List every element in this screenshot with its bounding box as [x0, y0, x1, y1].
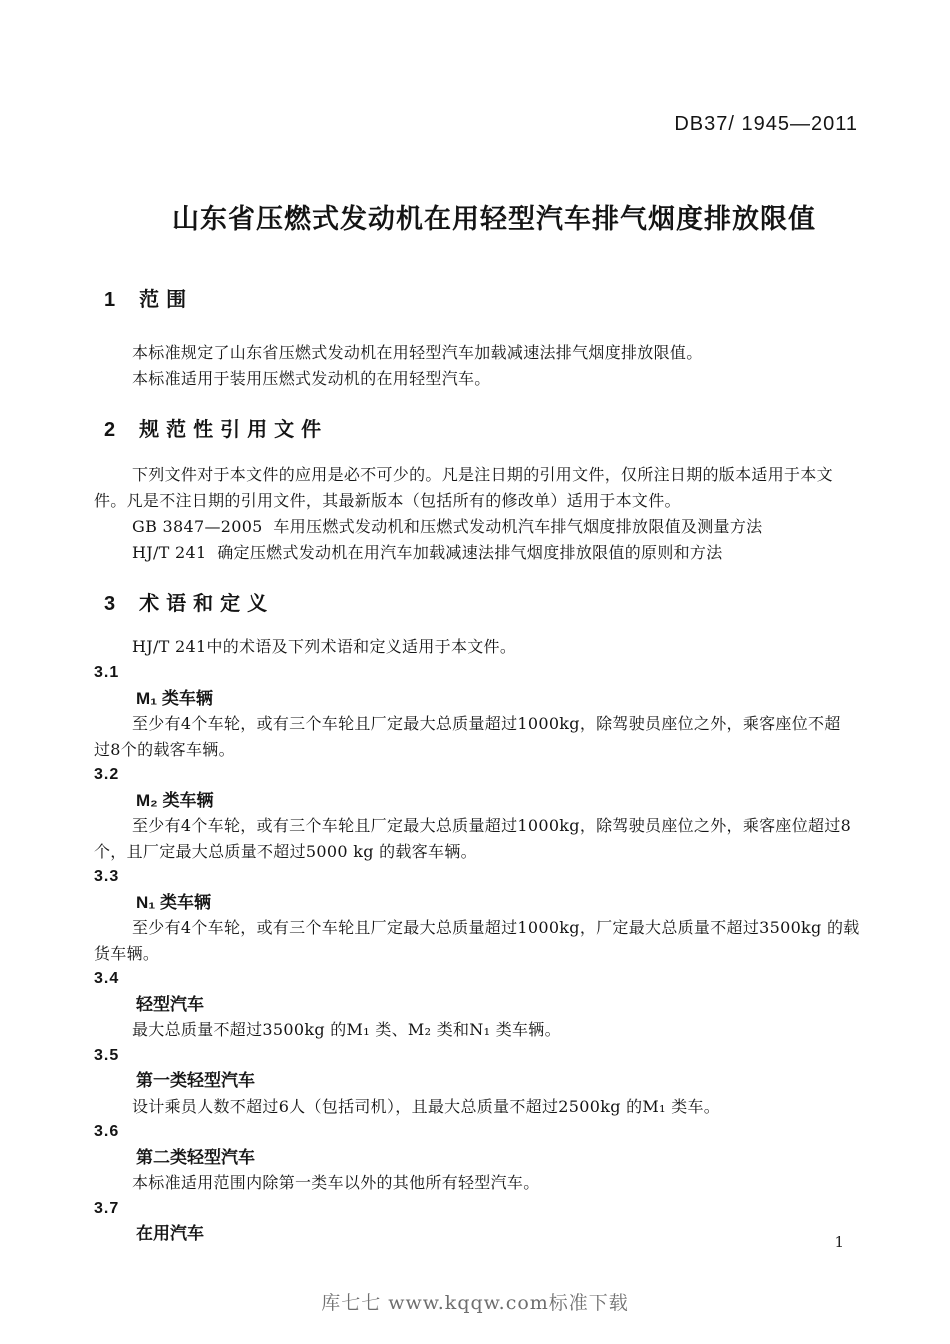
document-page: DB37/ 1945—2011 山东省压燃式发动机在用轻型汽车排气烟度排放限值 … — [0, 0, 950, 1344]
page-content: DB37/ 1945—2011 山东省压燃式发动机在用轻型汽车排气烟度排放限值 … — [0, 0, 950, 1247]
standard-number: DB37/ 1945—2011 — [94, 112, 894, 136]
term-item: 3.2 M₂ 类车辆 至少有4个车轮，或有三个车轮且厂定最大总质量超过1000k… — [94, 762, 894, 864]
term-item: 3.3 N₁ 类车辆 至少有4个车轮，或有三个车轮且厂定最大总质量超过1000k… — [94, 864, 894, 966]
reference-item-2: HJ/T 241 确定压燃式发动机在用汽车加载减速法排气烟度排放限值的原则和方法 — [94, 540, 894, 566]
term-name: 轻型汽车 — [94, 992, 894, 1018]
term-number: 3.4 — [94, 966, 894, 992]
term-number: 3.3 — [94, 864, 894, 890]
term-number: 3.1 — [94, 660, 894, 686]
section-3-title: 术语和定义 — [139, 593, 274, 615]
section-3-number: 3 — [104, 593, 115, 615]
term-name: 第二类轻型汽车 — [94, 1145, 894, 1171]
section-2-number: 2 — [104, 419, 115, 441]
term-name: M₂ 类车辆 — [94, 788, 894, 814]
section-2-heading: 2规范性引用文件 — [104, 416, 894, 444]
term-name: 在用汽车 — [94, 1221, 894, 1247]
section-1-heading: 1范围 — [104, 286, 894, 314]
term-definition: 设计乘员人数不超过6人（包括司机），且最大总质量不超过2500kg 的M₁ 类车… — [94, 1094, 894, 1120]
term-item: 3.7 在用汽车 — [94, 1196, 894, 1247]
term-definition: 最大总质量不超过3500kg 的M₁ 类、M₂ 类和N₁ 类车辆。 — [94, 1017, 894, 1043]
term-name: N₁ 类车辆 — [94, 890, 894, 916]
document-title: 山东省压燃式发动机在用轻型汽车排气烟度排放限值 — [94, 200, 894, 238]
section-1-title: 范围 — [139, 289, 193, 311]
section-2-title: 规范性引用文件 — [139, 419, 328, 441]
term-definition: 至少有4个车轮，或有三个车轮且厂定最大总质量超过1000kg，厂定最大总质量不超… — [94, 915, 894, 966]
term-name: 第一类轻型汽车 — [94, 1068, 894, 1094]
section-1-paragraph-1: 本标准规定了山东省压燃式发动机在用轻型汽车加载减速法排气烟度排放限值。 — [94, 340, 894, 366]
term-number: 3.7 — [94, 1196, 894, 1222]
term-definition: 至少有4个车轮，或有三个车轮且厂定最大总质量超过1000kg，除驾驶员座位之外，… — [94, 813, 894, 864]
section-1-number: 1 — [104, 289, 115, 311]
term-definition: 本标准适用范围内除第一类车以外的其他所有轻型汽车。 — [94, 1170, 894, 1196]
term-item: 3.4 轻型汽车 最大总质量不超过3500kg 的M₁ 类、M₂ 类和N₁ 类车… — [94, 966, 894, 1043]
term-number: 3.2 — [94, 762, 894, 788]
term-number: 3.6 — [94, 1119, 894, 1145]
section-2-intro: 下列文件对于本文件的应用是必不可少的。凡是注日期的引用文件，仅所注日期的版本适用… — [94, 462, 894, 514]
footer-watermark: 库七七 www.kqqw.com标准下载 — [0, 1291, 950, 1315]
term-item: 3.6 第二类轻型汽车 本标准适用范围内除第一类车以外的其他所有轻型汽车。 — [94, 1119, 894, 1196]
term-definition: 至少有4个车轮，或有三个车轮且厂定最大总质量超过1000kg，除驾驶员座位之外，… — [94, 711, 894, 762]
section-3-intro: HJ/T 241中的术语及下列术语和定义适用于本文件。 — [94, 634, 894, 660]
section-1-paragraph-2: 本标准适用于装用压燃式发动机的在用轻型汽车。 — [94, 366, 894, 392]
reference-item-1: GB 3847—2005 车用压燃式发动机和压燃式发动机汽车排气烟度排放限值及测… — [94, 514, 894, 540]
page-number: 1 — [834, 1232, 844, 1252]
term-number: 3.5 — [94, 1043, 894, 1069]
section-3-heading: 3术语和定义 — [104, 590, 894, 618]
term-item: 3.1 M₁ 类车辆 至少有4个车轮，或有三个车轮且厂定最大总质量超过1000k… — [94, 660, 894, 762]
term-name: M₁ 类车辆 — [94, 686, 894, 712]
term-item: 3.5 第一类轻型汽车 设计乘员人数不超过6人（包括司机），且最大总质量不超过2… — [94, 1043, 894, 1120]
